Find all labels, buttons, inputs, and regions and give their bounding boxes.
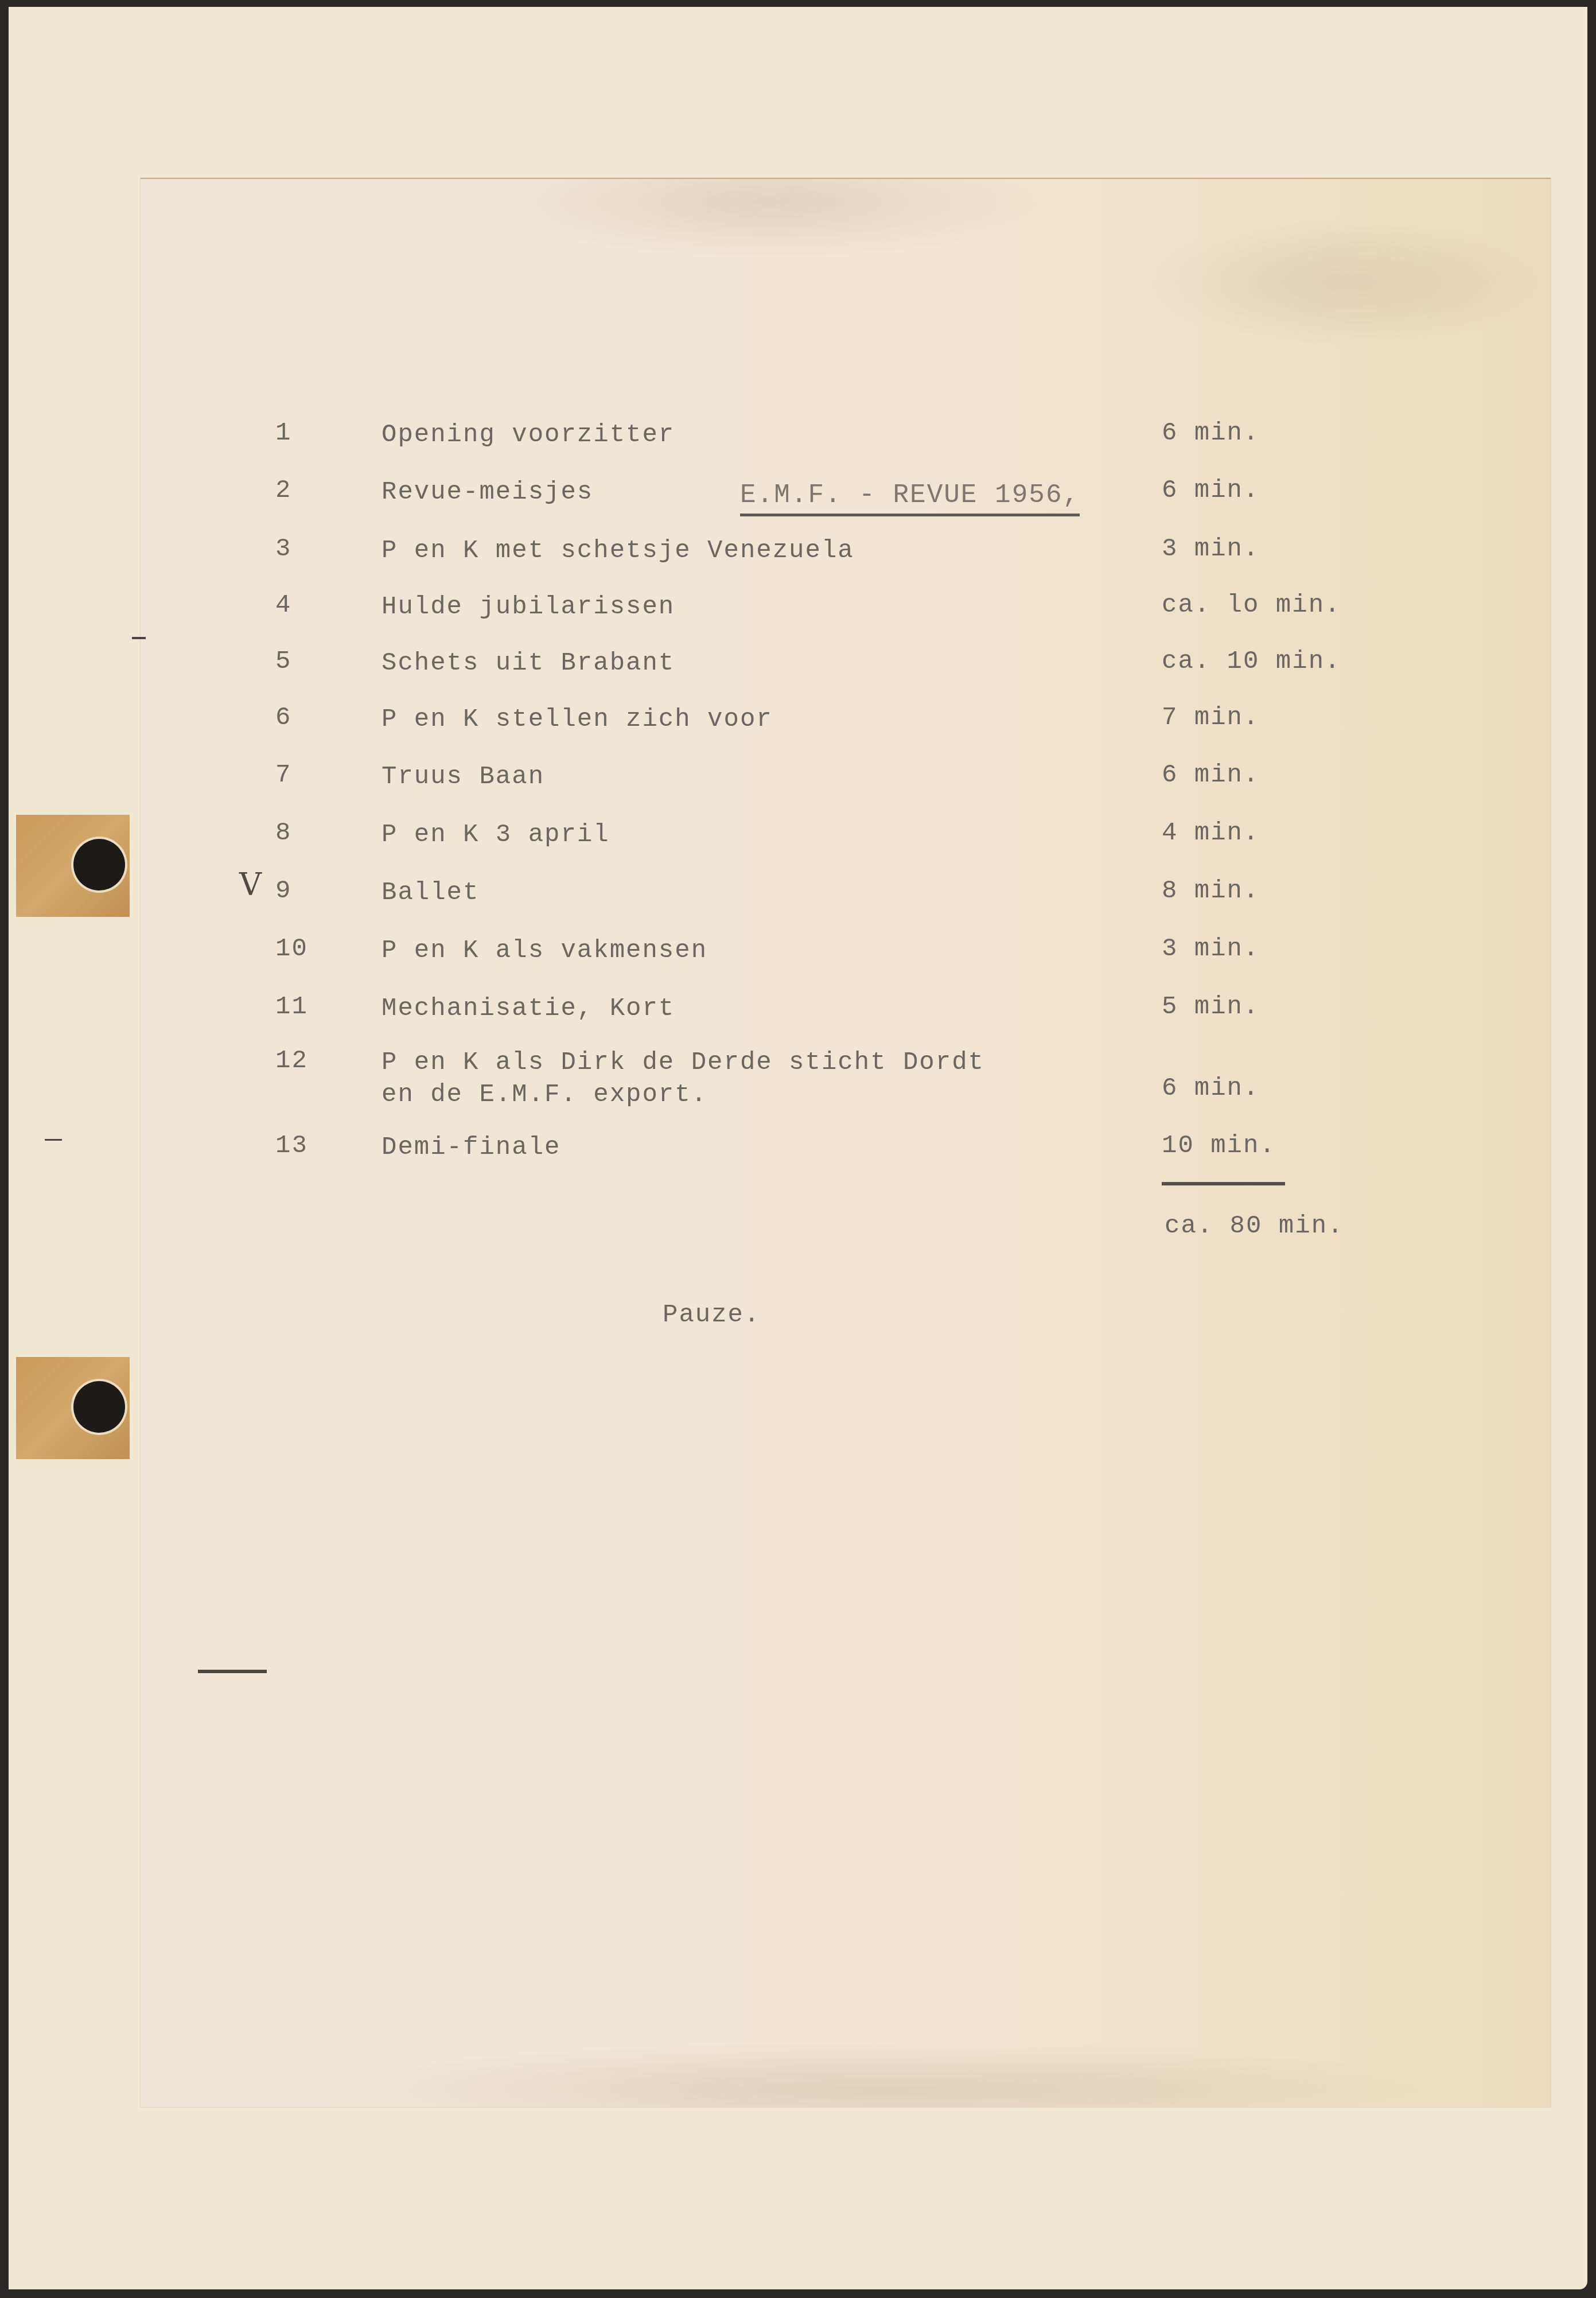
item-duration: 3 min. xyxy=(1162,935,1259,963)
margin-mark xyxy=(132,637,146,639)
item-description: Hulde jubilarissen xyxy=(382,591,675,623)
item-description: P en K stellen zich voor xyxy=(382,703,773,736)
punch-hole xyxy=(73,839,125,891)
item-number: 3 xyxy=(275,535,291,563)
sum-rule xyxy=(1162,1182,1285,1185)
item-duration: 6 min. xyxy=(1162,419,1259,448)
typed-sheet: E.M.F. - REVUE 1956, 1 Opening voorzitte… xyxy=(141,178,1551,2107)
item-duration: 3 min. xyxy=(1162,535,1259,563)
binder-tab-top xyxy=(16,815,130,917)
handwritten-check-mark: V xyxy=(239,866,263,903)
item-duration: 4 min. xyxy=(1162,819,1259,847)
item-description: P en K als vakmensen xyxy=(382,935,707,967)
margin-mark xyxy=(45,1139,62,1141)
item-number: 7 xyxy=(275,761,291,790)
item-description: Schets uit Brabant xyxy=(382,647,675,679)
item-number: 6 xyxy=(275,703,291,732)
item-description: P en K als Dirk de Derde sticht Dordt en… xyxy=(382,1047,984,1111)
item-description: Demi-finale xyxy=(382,1131,560,1164)
item-number: 10 xyxy=(275,935,308,963)
total-duration: ca. 80 min. xyxy=(1165,1212,1344,1241)
item-description: Opening voorzitter xyxy=(382,419,675,451)
item-duration: 10 min. xyxy=(1162,1131,1276,1160)
item-number: 4 xyxy=(275,591,291,620)
item-number: 1 xyxy=(275,419,291,448)
document-title: E.M.F. - REVUE 1956, xyxy=(740,480,1080,516)
item-duration: ca. lo min. xyxy=(1162,591,1341,620)
item-number: 11 xyxy=(275,993,308,1021)
item-description: Ballet xyxy=(382,877,479,909)
item-description: Truus Baan xyxy=(382,761,544,793)
item-description: P en K met schetsje Venezuela xyxy=(382,535,854,567)
item-number: 2 xyxy=(275,476,291,505)
item-duration: 7 min. xyxy=(1162,703,1259,732)
item-duration: 6 min. xyxy=(1162,476,1259,505)
item-number: 13 xyxy=(275,1131,308,1160)
item-description: P en K 3 april xyxy=(382,819,610,851)
pause-note: Pauze. xyxy=(663,1301,760,1329)
punch-hole xyxy=(73,1381,125,1433)
item-number: 12 xyxy=(275,1047,308,1075)
item-number: 9 xyxy=(275,877,291,905)
item-number: 5 xyxy=(275,647,291,676)
item-duration: 8 min. xyxy=(1162,877,1259,905)
margin-mark xyxy=(198,1670,267,1673)
item-description: Revue-meisjes xyxy=(382,476,593,508)
item-number: 8 xyxy=(275,819,291,847)
item-duration: 6 min. xyxy=(1162,1074,1259,1103)
item-duration: 5 min. xyxy=(1162,993,1259,1021)
item-description: Mechanisatie, Kort xyxy=(382,993,675,1025)
binder-tab-bottom xyxy=(16,1357,130,1459)
item-duration: 6 min. xyxy=(1162,761,1259,790)
item-duration: ca. 10 min. xyxy=(1162,647,1341,676)
